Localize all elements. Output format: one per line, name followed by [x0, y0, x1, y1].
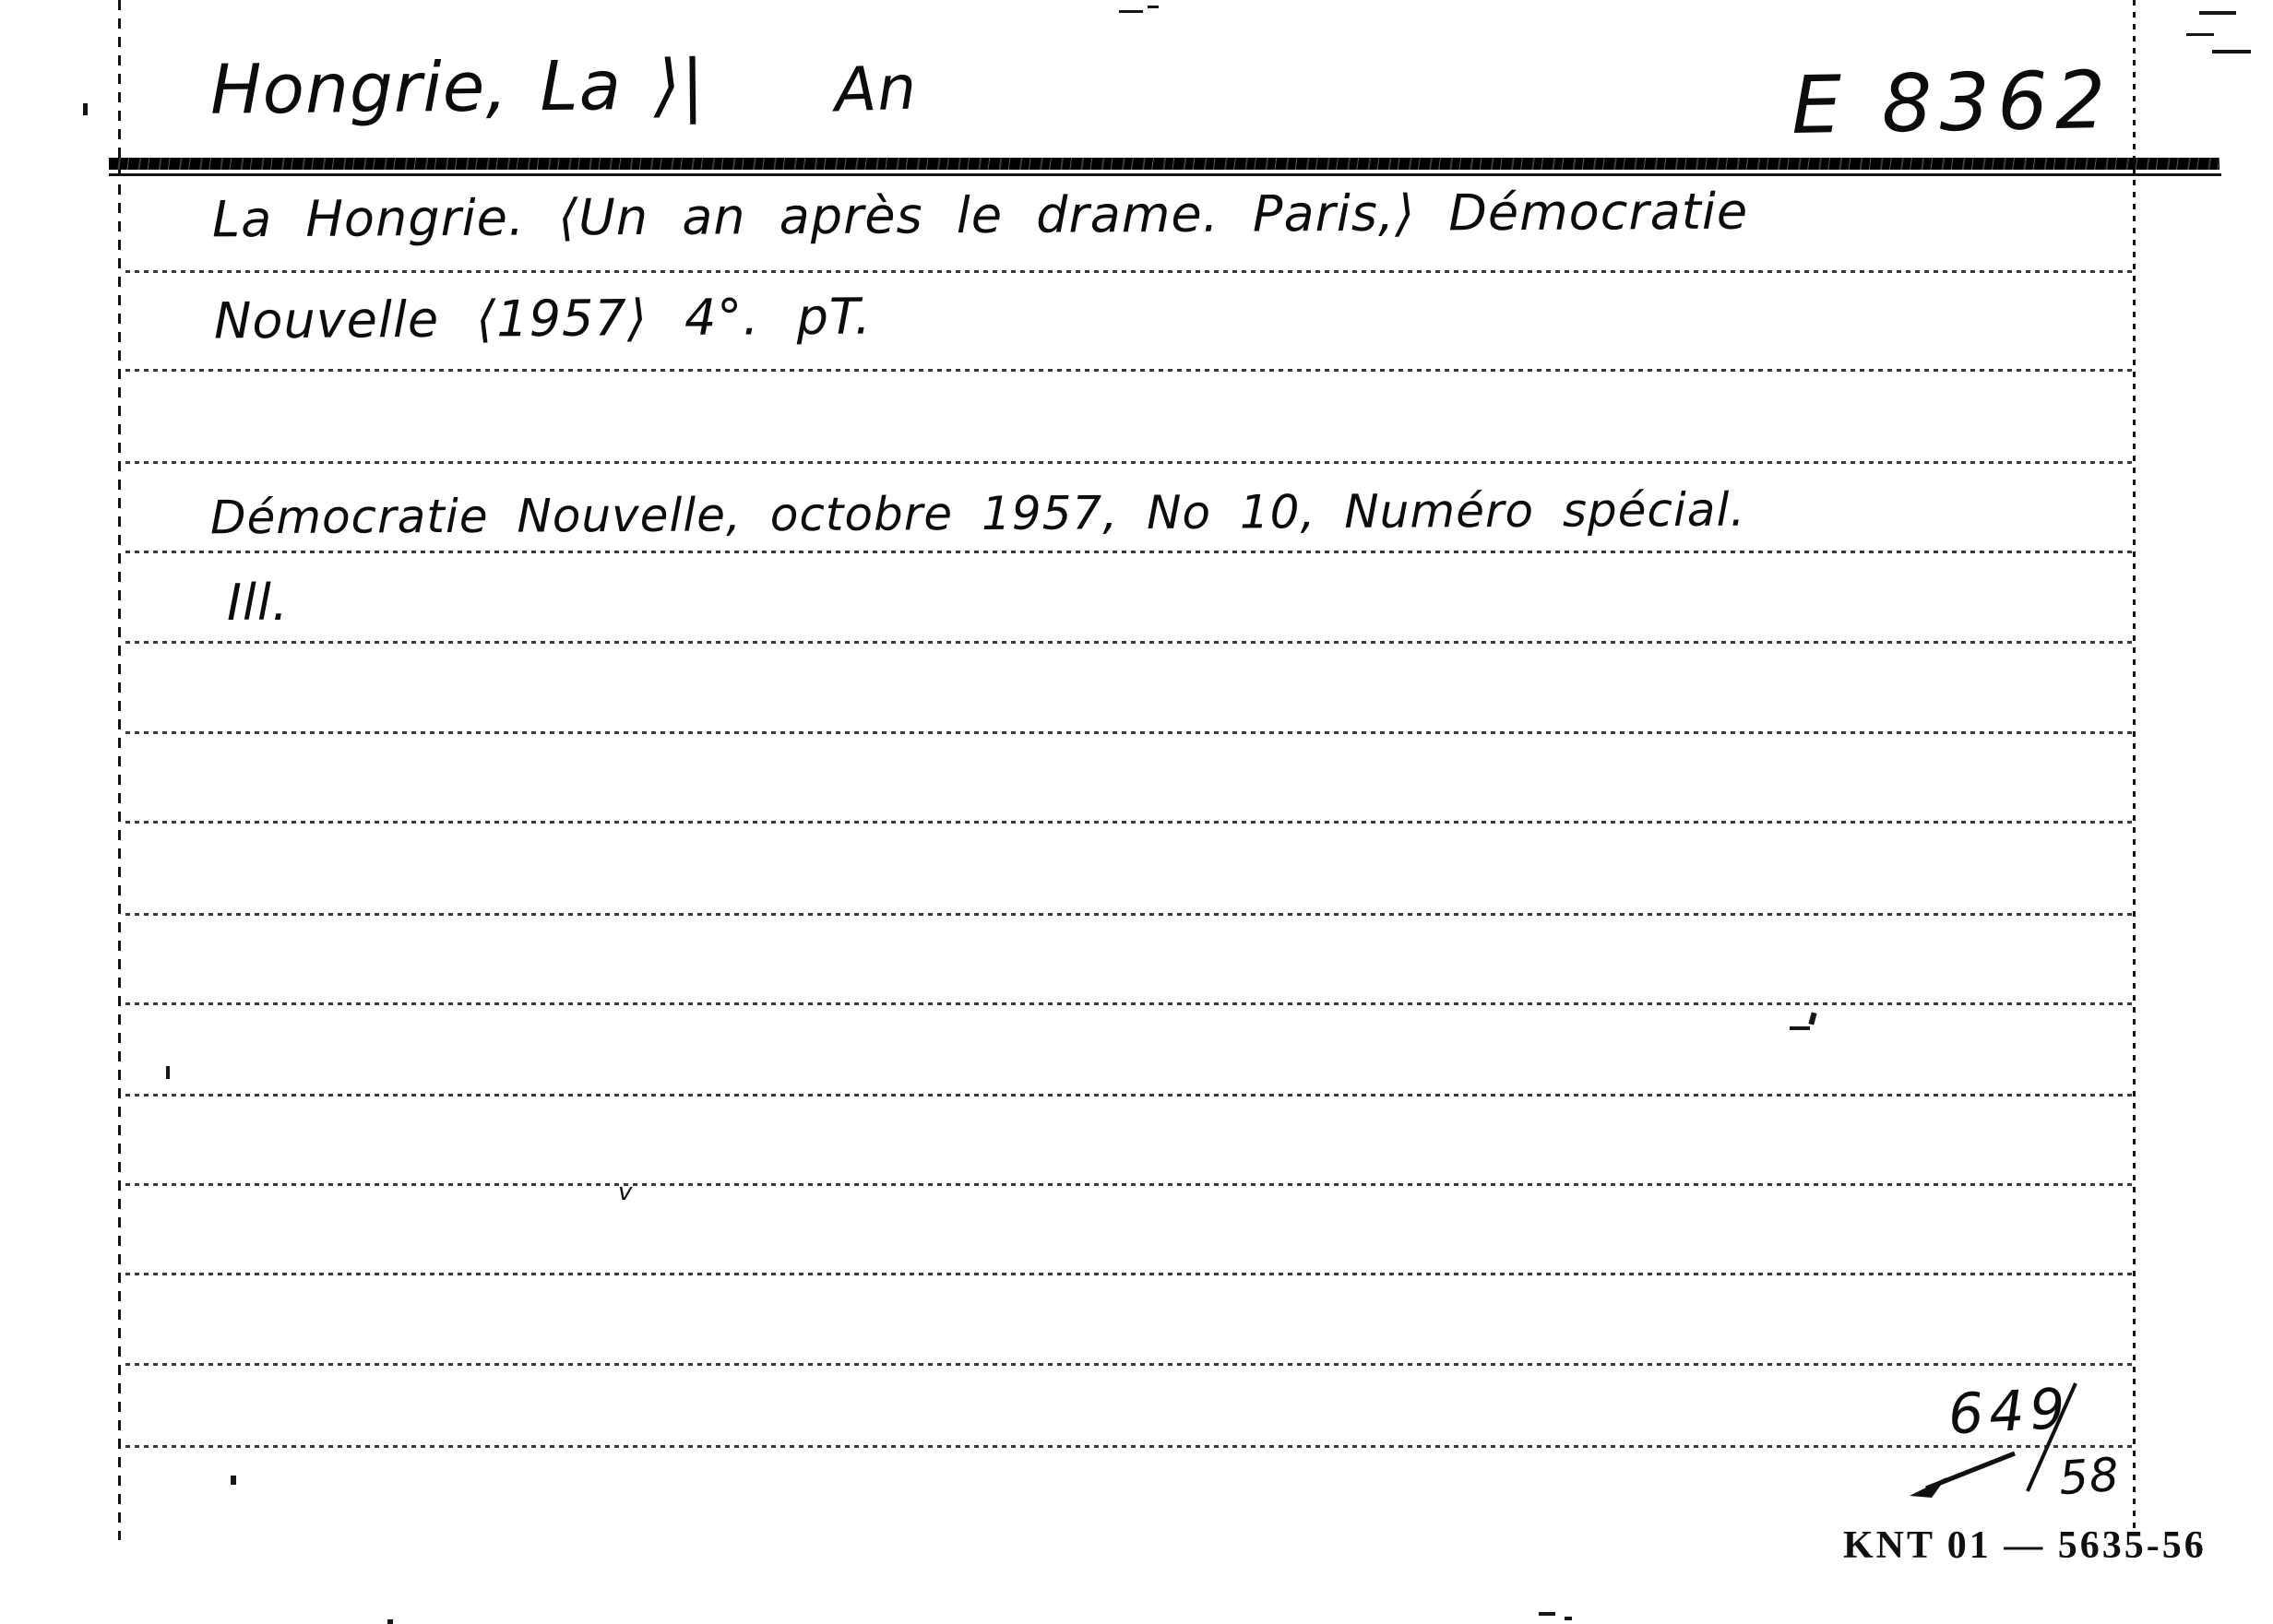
ink-speck — [2186, 33, 2214, 36]
ink-speck — [1565, 1617, 1572, 1620]
ruled-line — [125, 821, 2135, 824]
catalog-card: Hongrie, La ⟩| An E 8362 La Hongrie. ⟨Un… — [0, 0, 2273, 1624]
call-number: E 8362 — [1791, 54, 2113, 152]
ink-speck — [387, 1619, 393, 1624]
periodical-note: Démocratie Nouvelle, octobre 1957, No 10… — [210, 483, 1746, 545]
ruled-line — [125, 1363, 2135, 1366]
ruled-line — [125, 641, 2135, 644]
ruled-line — [125, 461, 2135, 464]
header-rule-thin — [109, 173, 2221, 176]
ruled-line — [125, 1002, 2135, 1005]
ruled-line — [125, 1273, 2135, 1275]
ink-speck — [2212, 50, 2251, 53]
header-rule — [109, 158, 2219, 170]
ruled-line — [125, 551, 2135, 553]
ink-speck — [166, 1066, 170, 1079]
ink-speck — [231, 1476, 236, 1485]
heading-entry: Hongrie, La ⟩| — [210, 45, 706, 130]
ink-speck — [83, 103, 88, 115]
left-margin-line — [118, 0, 121, 1540]
ruled-line — [125, 1094, 2135, 1096]
title-line-1: La Hongrie. ⟨Un an après le drame. Paris… — [212, 183, 1748, 249]
accession-year: 58 — [2057, 1448, 2122, 1505]
ink-speck — [1808, 1012, 1816, 1025]
heading-filing-word: An — [834, 52, 919, 125]
ruled-line — [125, 369, 2135, 372]
ink-speck — [1119, 10, 1143, 13]
ink-speck — [1790, 1026, 1810, 1030]
accession-arrow-icon — [1898, 1444, 2018, 1503]
title-line-2: Nouvelle ⟨1957⟩ 4°. pT. — [214, 288, 872, 350]
ink-speck — [2199, 11, 2236, 15]
print-code-stamp: KNT 01 — 5635-56 — [1843, 1523, 2207, 1568]
illustration-note: Ill. — [227, 574, 289, 632]
ruled-line — [125, 1445, 2135, 1448]
ruled-line — [125, 1183, 2135, 1186]
ruled-line — [125, 913, 2135, 916]
ruled-line — [125, 270, 2135, 273]
right-margin-line — [2133, 0, 2136, 1533]
ruled-line — [125, 731, 2135, 734]
ink-speck — [1148, 6, 1159, 8]
ink-speck — [1539, 1612, 1555, 1616]
